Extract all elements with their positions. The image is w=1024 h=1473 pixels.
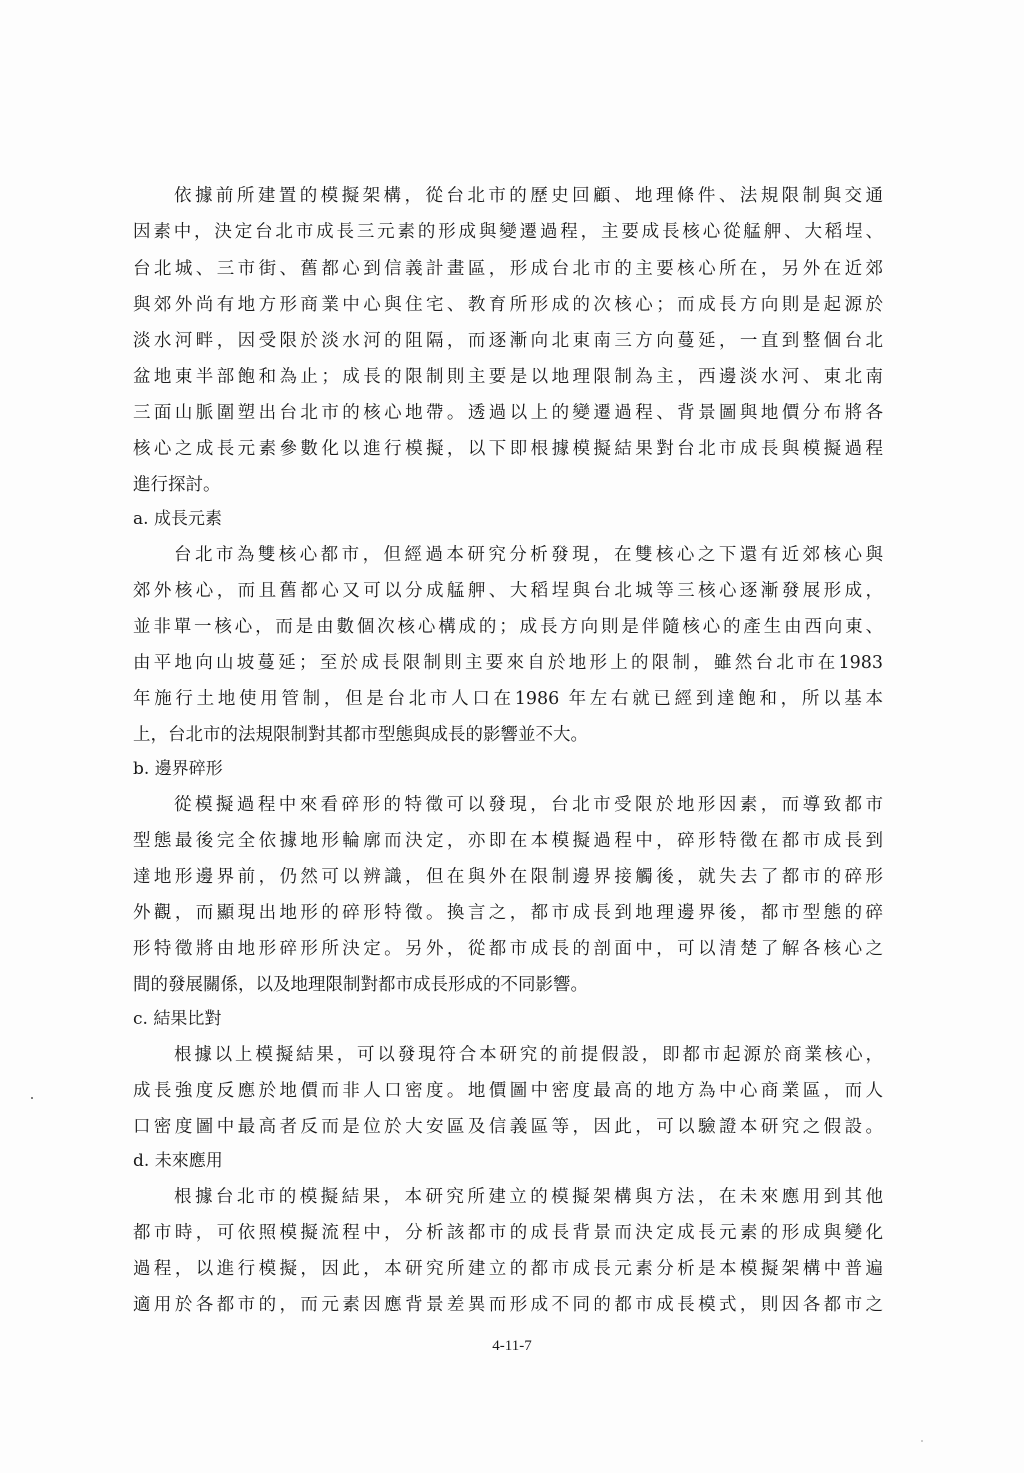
section-heading: c. 結果比對: [133, 1004, 221, 1034]
section-heading: a. 成長元素: [133, 504, 222, 534]
text-line: 形特徵將由地形碎形所決定。另外，從都市成長的剖面中，可以清楚了解各核心之: [133, 934, 883, 964]
text-line: 根據以上模擬結果，可以發現符合本研究的前提假設，即都市起源於商業核心，: [174, 1040, 883, 1070]
text-line: 成長強度反應於地價而非人口密度。地價圖中密度最高的地方為中心商業區，而人: [133, 1076, 883, 1106]
text-line: 上，台北市的法規限制對其都市型態與成長的影響並不大。: [133, 720, 883, 750]
text-line: 由平地向山坡蔓延；至於成長限制則主要來自於地形上的限制，雖然台北市在1983: [133, 648, 883, 678]
text-line: 郊外核心，而且舊都心又可以分成艋舺、大稻埕與台北城等三核心逐漸發展形成，: [133, 576, 883, 606]
text-line: 盆地東半部飽和為止；成長的限制則主要是以地理限制為主，西邊淡水河、東北南: [133, 362, 883, 392]
text-line: 依據前所建置的模擬架構，從台北市的歷史回顧、地理條件、法規限制與交通: [174, 181, 883, 211]
text-line: 淡水河畔，因受限於淡水河的阻隔，而逐漸向北東南三方向蔓延，一直到整個台北: [133, 326, 883, 356]
section-heading: d. 未來應用: [133, 1146, 223, 1176]
scan-speck: [921, 1440, 923, 1442]
section-heading: b. 邊界碎形: [133, 754, 223, 784]
text-line: 年施行土地使用管制，但是台北市人口在1986 年左右就已經到達飽和，所以基本: [133, 684, 883, 714]
text-line: 根據台北市的模擬結果，本研究所建立的模擬架構與方法，在未來應用到其他: [174, 1182, 883, 1212]
text-line: 口密度圖中最高者反而是位於大安區及信義區等，因此，可以驗證本研究之假設。: [133, 1112, 883, 1142]
document-page: 依據前所建置的模擬架構，從台北市的歷史回顧、地理條件、法規限制與交通 因素中，決…: [0, 0, 1024, 1473]
text-line: 外觀，而顯現出地形的碎形特徵。換言之，都市成長到地理邊界後，都市型態的碎: [133, 898, 883, 928]
text-line: 從模擬過程中來看碎形的特徵可以發現，台北市受限於地形因素，而導致都市: [174, 790, 883, 820]
text-line: 因素中，決定台北市成長三元素的形成與變遷過程，主要成長核心從艋舺、大稻埕、: [133, 217, 883, 247]
scan-speck: [31, 1097, 33, 1099]
text-line: 台北市為雙核心都市，但經過本研究分析發現，在雙核心之下還有近郊核心與: [174, 540, 883, 570]
text-line: 並非單一核心，而是由數個次核心構成的；成長方向則是伴隨核心的產生由西向東、: [133, 612, 883, 642]
text-line: 台北城、三市街、舊都心到信義計畫區，形成台北市的主要核心所在，另外在近郊: [133, 254, 883, 284]
text-line: 達地形邊界前，仍然可以辨識，但在與外在限制邊界接觸後，就失去了都市的碎形: [133, 862, 883, 892]
text-line: 間的發展關係，以及地理限制對都市成長形成的不同影響。: [133, 970, 883, 1000]
page-number: 4-11-7: [0, 1338, 1024, 1355]
text-line: 與郊外尚有地方形商業中心與住宅、教育所形成的次核心；而成長方向則是起源於: [133, 290, 883, 320]
text-line: 都市時，可依照模擬流程中，分析該都市的成長背景而決定成長元素的形成與變化: [133, 1218, 883, 1248]
text-line: 適用於各都市的，而元素因應背景差異而形成不同的都市成長模式，則因各都市之: [133, 1290, 883, 1320]
text-line: 過程，以進行模擬，因此，本研究所建立的都市成長元素分析是本模擬架構中普遍: [133, 1254, 883, 1284]
text-line: 進行探討。: [133, 470, 883, 500]
text-line: 核心之成長元素參數化以進行模擬，以下即根據模擬結果對台北市成長與模擬過程: [133, 434, 883, 464]
text-line: 型態最後完全依據地形輪廓而決定，亦即在本模擬過程中，碎形特徵在都市成長到: [133, 826, 883, 856]
text-line: 三面山脈圍塑出台北市的核心地帶。透過以上的變遷過程、背景圖與地價分布將各: [133, 398, 883, 428]
